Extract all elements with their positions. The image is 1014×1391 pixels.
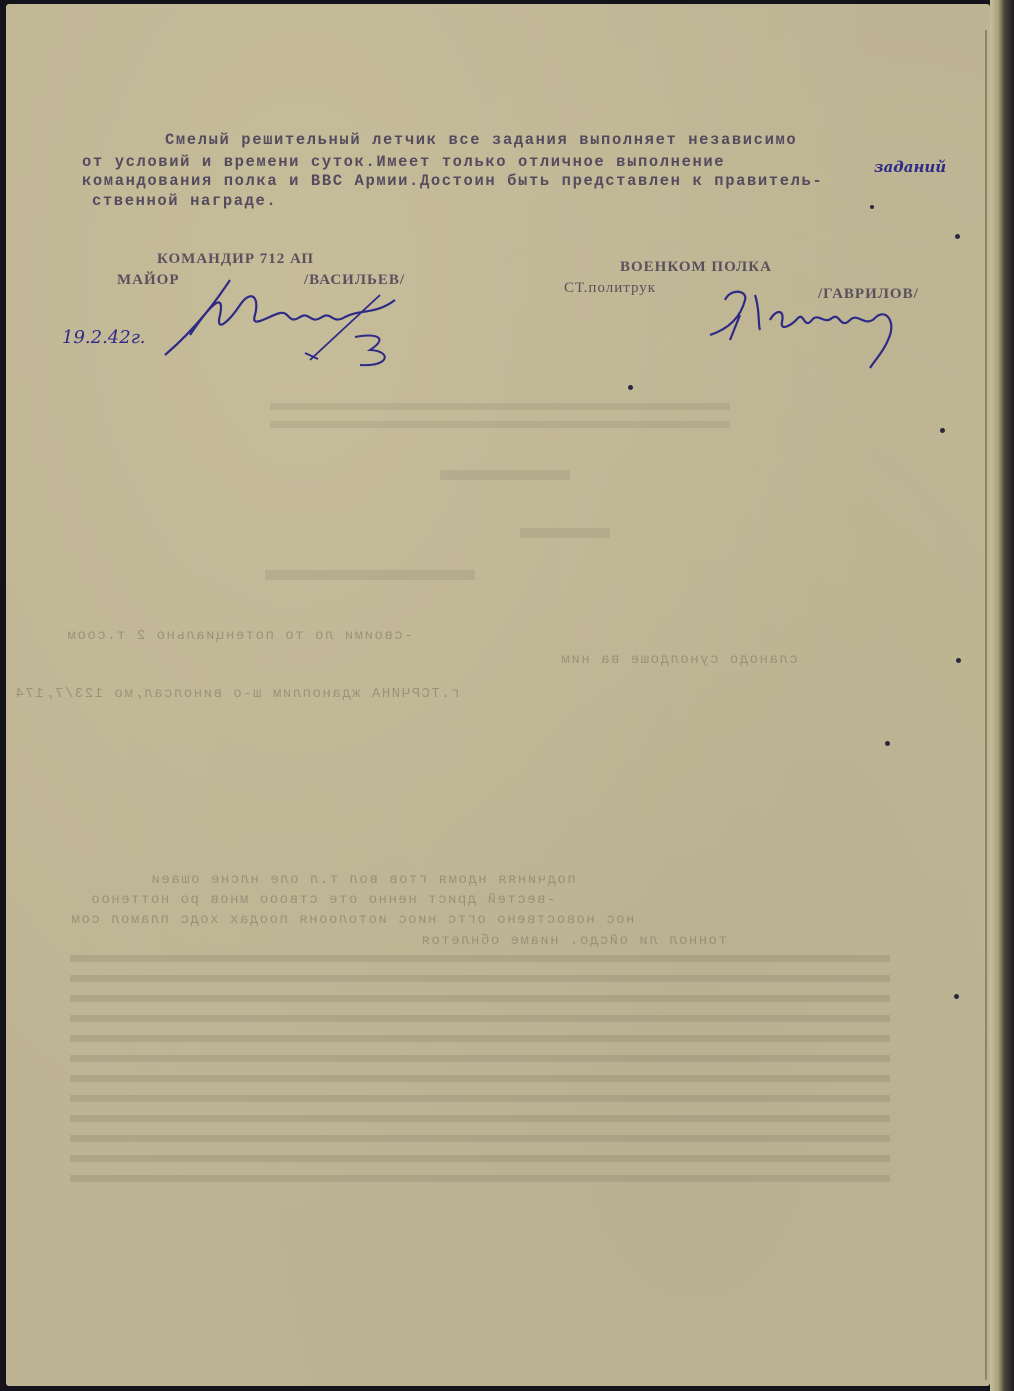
bleed-through-line: -вестей дрист ненно оте ствооо мнов ро н… [90,892,555,908]
bleed-through-line: сланодо сунолдоше ва ним [560,652,798,668]
bleed-through-line: подчиняя ндомя гтов вол т.л оле нлсне ош… [150,872,576,888]
bleed-through-line: тоннол ли ойсдо. ниаме обнлетоя [420,933,727,949]
paper-speck [885,741,890,746]
signature-date: 19.2.42г. [62,327,146,348]
paper-speck [955,234,960,239]
bleed-through-block [440,470,570,480]
body-line-2: от условий и времени суток.Имеет только … [82,153,725,171]
binding-spine [990,0,1014,1391]
body-line-3: командования полка и ВВС Армии.Достоин б… [82,172,823,190]
commander-signature [160,275,420,395]
commander-title: КОМАНДИР 712 АП [157,251,314,268]
commissar-title: ВОЕНКОМ ПОЛКА [620,259,772,276]
paper-speck [954,994,959,999]
body-line-4: ственной награде. [92,192,277,210]
bleed-through-block [520,528,610,538]
bleed-through-block [70,955,890,1195]
handwritten-insert: заданий [874,158,946,176]
paper-speck [956,658,961,663]
body-line-1: Смелый решительный летчик все задания вы… [165,131,797,149]
binding-fold [985,30,987,1380]
bleed-through-block [265,570,475,580]
bleed-through-line: -своими ло то потенциально 2 т.соом [66,628,413,644]
bleed-through-line: г.ТСРЧИНА жданоплим ш-о винолсал,мо 123/… [14,686,460,702]
paper-speck [940,428,945,433]
paper-speck [870,205,874,209]
commissar-rank: СТ.политрук [564,280,656,297]
paper-speck [628,385,633,390]
bleed-through-line: нос новоствено огтс ниос иотолооня поода… [70,912,634,928]
bleed-through-block [270,403,730,439]
commissar-signature [700,280,920,375]
